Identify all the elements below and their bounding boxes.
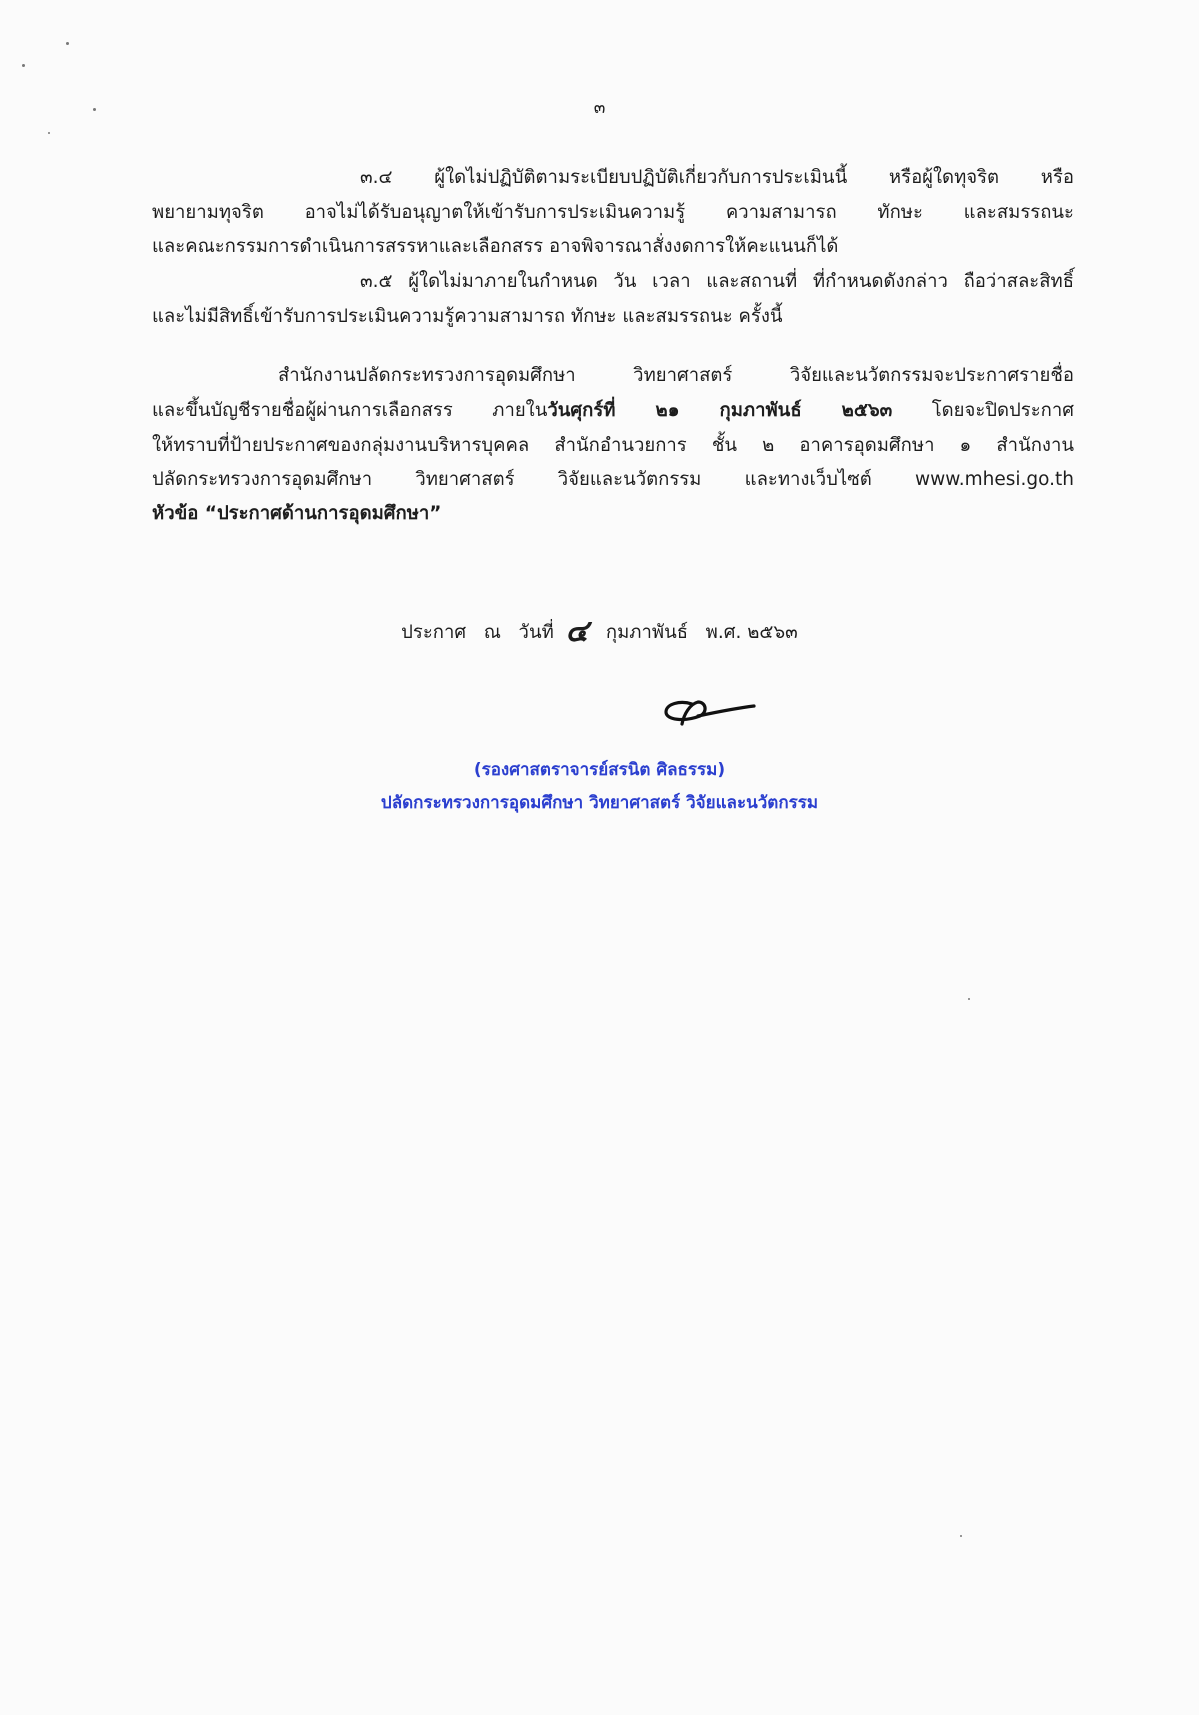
page-number: ๓ <box>0 94 1199 121</box>
scan-speck <box>960 1535 962 1537</box>
announcement-date: ประกาศ ณ วันที่ ๔ กุมภาพันธ์ พ.ศ. ๒๕๖๓ <box>0 608 1199 655</box>
scan-speck <box>48 132 50 134</box>
section-3-4-line-3: และคณะกรรมการดำเนินการสรรหาและเลือกสรร อ… <box>152 234 1074 260</box>
announcement-line-2: และขึ้นบัญชีรายชื่อผู้ผ่านการเลือกสรร ภา… <box>152 398 1074 424</box>
announcement-topic: หัวข้อ “ประกาศด้านการอุดมศึกษา” <box>152 501 1074 527</box>
announcement-line-3: ให้ทราบที่ป้ายประกาศของกลุ่มงานบริหารบุค… <box>152 433 1074 459</box>
date-day-handwritten: ๔ <box>566 614 589 649</box>
section-3-5-line-2: และไม่มีสิทธิ์เข้ารับการประเมินความรู้คว… <box>152 304 1074 330</box>
announcement-line-2-post: โดยจะปิดประกาศ <box>892 400 1074 421</box>
scan-speck <box>968 998 970 1000</box>
scan-speck <box>66 42 69 45</box>
section-3-5-line-1: ๓.๕ ผู้ใดไม่มาภายในกำหนด วัน เวลา และสถา… <box>360 269 1074 295</box>
signer-position: ปลัดกระทรวงการอุดมศึกษา วิทยาศาสตร์ วิจั… <box>0 789 1199 816</box>
section-3-4-line-1: ๓.๔ ผู้ใดไม่ปฏิบัติตามระเบียบปฏิบัติเกี่… <box>360 165 1074 191</box>
announcement-line-1: สำนักงานปลัดกระทรวงการอุดมศึกษา วิทยาศาส… <box>278 363 1074 389</box>
date-suffix: กุมภาพันธ์ พ.ศ. ๒๕๖๓ <box>588 622 798 643</box>
announcement-date-bold: วันศุกร์ที่ ๒๑ กุมภาพันธ์ ๒๕๖๓ <box>547 400 892 421</box>
date-prefix: ประกาศ ณ วันที่ <box>401 622 565 643</box>
signer-name: (รองศาสตราจารย์สรนิต ศิลธรรม) <box>0 756 1199 783</box>
announcement-line-2-pre: และขึ้นบัญชีรายชื่อผู้ผ่านการเลือกสรร ภา… <box>152 400 547 421</box>
scan-speck <box>22 64 25 67</box>
document-page: ๓ ๓.๔ ผู้ใดไม่ปฏิบัติตามระเบียบปฏิบัติเก… <box>0 0 1199 1715</box>
announcement-line-4: ปลัดกระทรวงการอุดมศึกษา วิทยาศาสตร์ วิจั… <box>152 467 1074 493</box>
signature-mark <box>662 690 762 735</box>
section-3-4-line-2: พยายามทุจริต อาจไม่ได้รับอนุญาตให้เข้ารั… <box>152 200 1074 226</box>
